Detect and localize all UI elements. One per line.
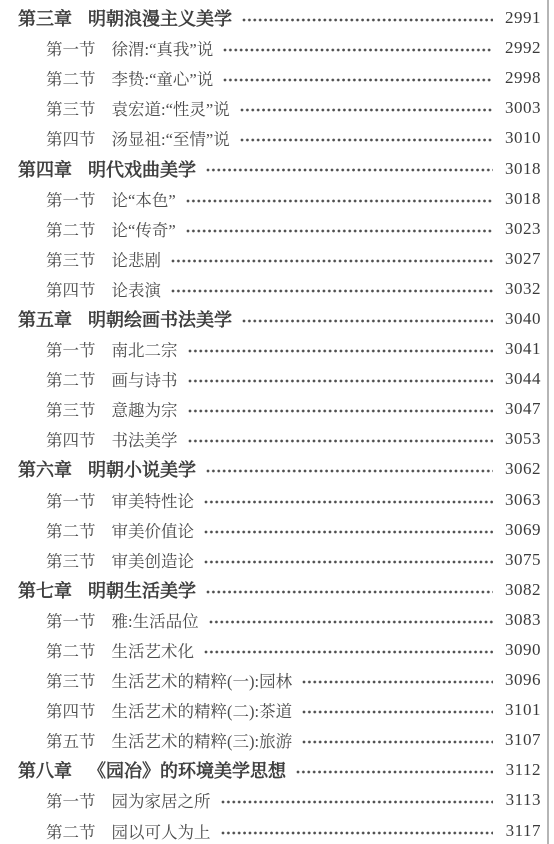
toc-entry-title: 明朝浪漫主义美学	[88, 5, 232, 31]
toc-entry-page: 3027	[501, 249, 541, 269]
toc-entry: 第三节 生活艺术的精粹(一):园林 3096	[18, 665, 541, 695]
toc-entry-label: 第二节	[46, 367, 96, 391]
toc-entry-title: 论表演	[112, 277, 162, 301]
toc-entry-page: 3047	[501, 399, 541, 419]
toc-entry: 第三节 意趣为宗 3047	[18, 394, 541, 424]
toc-entry: 第一节 雅:生活品位 3083	[18, 605, 541, 635]
dot-leader	[188, 334, 494, 364]
dot-leader	[302, 665, 493, 695]
toc-entry-page: 3075	[501, 550, 541, 570]
toc-entry-label: 第二节	[46, 66, 96, 90]
toc-entry: 第二节 园以可人为上 3117	[18, 816, 541, 844]
toc-entry-page: 3090	[501, 640, 541, 660]
toc-entry-page: 3063	[501, 490, 541, 510]
toc-entry-title: 李贽:“童心”说	[112, 66, 214, 90]
toc-entry-label: 第二节	[46, 217, 96, 241]
toc-entry: 第五节 生活艺术的精粹(三):旅游 3107	[18, 725, 541, 755]
toc-entry-label: 第三节	[46, 96, 96, 120]
toc-entry: 第八章 《园冶》的环境美学思想 3112	[18, 755, 541, 785]
toc-entry-label: 第三节	[46, 548, 96, 572]
book-toc-page: 第三章 明朝浪漫主义美学 2991 第一节 徐渭:“真我”说 2992 第二节 …	[0, 0, 554, 844]
dot-leader	[188, 394, 494, 424]
dot-leader	[204, 485, 493, 515]
toc-entry: 第一节 审美特性论 3063	[18, 485, 541, 515]
toc-entry-page: 3101	[501, 700, 541, 720]
toc-entry-label: 第二节	[46, 819, 96, 843]
dot-leader	[204, 635, 493, 665]
toc-entry-title: 审美特性论	[112, 488, 195, 512]
toc-entry-title: 明朝生活美学	[88, 577, 196, 603]
toc-entry-title: 生活艺术化	[112, 638, 195, 662]
toc-entry-title: 论“本色”	[112, 187, 176, 211]
toc-entry-title: 园为家居之所	[112, 788, 211, 812]
toc-entry-title: 明朝小说美学	[88, 456, 196, 482]
toc-entry-title: 明朝绘画书法美学	[88, 306, 232, 332]
toc-entry-title: 意趣为宗	[112, 397, 178, 421]
toc-entry-label: 第五节	[46, 728, 96, 752]
toc-entry: 第一节 徐渭:“真我”说 2992	[18, 33, 541, 63]
toc-entry: 第六章 明朝小说美学 3062	[18, 454, 541, 484]
toc-entry: 第二节 论“传奇” 3023	[18, 214, 541, 244]
dot-leader	[223, 33, 493, 63]
toc-entry-title: 画与诗书	[112, 367, 178, 391]
toc-entry-title: 论“传奇”	[112, 217, 176, 241]
toc-entry-label: 第四节	[46, 277, 96, 301]
toc-entry-page: 3069	[501, 520, 541, 540]
toc-list: 第三章 明朝浪漫主义美学 2991 第一节 徐渭:“真我”说 2992 第二节 …	[18, 3, 541, 840]
toc-entry-page: 3062	[501, 459, 541, 479]
toc-entry-page: 3018	[501, 189, 541, 209]
toc-entry: 第一节 南北二宗 3041	[18, 334, 541, 364]
toc-entry-page: 3041	[501, 339, 541, 359]
dot-leader	[240, 123, 493, 153]
toc-entry-title: 南北二宗	[112, 337, 178, 361]
toc-entry-label: 第六章	[18, 456, 72, 482]
toc-entry-title: 审美价值论	[112, 518, 195, 542]
toc-entry: 第三节 论悲剧 3027	[18, 244, 541, 274]
toc-entry-label: 第四章	[18, 156, 72, 182]
toc-entry-title: 雅:生活品位	[112, 608, 199, 632]
dot-leader	[209, 605, 493, 635]
toc-entry: 第一节 论“本色” 3018	[18, 184, 541, 214]
toc-entry: 第五章 明朝绘画书法美学 3040	[18, 304, 541, 334]
toc-entry-title: 审美创造论	[112, 548, 195, 572]
toc-entry-page: 3082	[501, 580, 541, 600]
toc-entry-page: 2998	[501, 68, 541, 88]
toc-entry-page: 2992	[501, 38, 541, 58]
toc-entry: 第二节 李贽:“童心”说 2998	[18, 63, 541, 93]
toc-entry: 第七章 明朝生活美学 3082	[18, 575, 541, 605]
page-scan-edge	[547, 0, 549, 844]
toc-entry-page: 3096	[501, 670, 541, 690]
dot-leader	[206, 153, 493, 183]
dot-leader	[302, 695, 493, 725]
toc-entry: 第四章 明代戏曲美学 3018	[18, 153, 541, 183]
toc-entry-title: 徐渭:“真我”说	[112, 36, 214, 60]
dot-leader	[206, 575, 493, 605]
dot-leader	[188, 364, 494, 394]
toc-entry-page: 3107	[501, 730, 541, 750]
toc-entry-label: 第八章	[18, 757, 72, 783]
toc-entry: 第四节 生活艺术的精粹(二):茶道 3101	[18, 695, 541, 725]
dot-leader	[223, 63, 493, 93]
toc-entry-page: 3018	[501, 159, 541, 179]
toc-entry: 第二节 审美价值论 3069	[18, 515, 541, 545]
dot-leader	[302, 725, 493, 755]
toc-entry-label: 第三节	[46, 668, 96, 692]
toc-entry-title: 生活艺术的精粹(一):园林	[112, 668, 293, 692]
toc-entry: 第二节 画与诗书 3044	[18, 364, 541, 394]
toc-entry-title: 汤显祖:“至情”说	[112, 126, 230, 150]
toc-entry-label: 第一节	[46, 488, 96, 512]
toc-entry-title: 园以可人为上	[112, 819, 211, 843]
dot-leader	[240, 93, 493, 123]
toc-entry-label: 第二节	[46, 638, 96, 662]
toc-entry-label: 第四节	[46, 698, 96, 722]
dot-leader	[242, 304, 493, 334]
toc-entry-label: 第七章	[18, 577, 72, 603]
toc-entry-page: 3044	[501, 369, 541, 389]
toc-entry: 第二节 生活艺术化 3090	[18, 635, 541, 665]
toc-entry-page: 3112	[501, 760, 541, 780]
toc-entry-page: 3117	[501, 821, 541, 841]
toc-entry-page: 3010	[501, 128, 541, 148]
toc-entry-page: 3053	[501, 429, 541, 449]
dot-leader	[242, 3, 493, 33]
dot-leader	[171, 244, 493, 274]
toc-entry-page: 3113	[501, 790, 541, 810]
toc-entry-label: 第三节	[46, 397, 96, 421]
toc-entry: 第三节 审美创造论 3075	[18, 545, 541, 575]
toc-entry-label: 第一节	[46, 788, 96, 812]
dot-leader	[221, 816, 494, 844]
toc-entry-page: 3040	[501, 309, 541, 329]
dot-leader	[221, 785, 494, 815]
toc-entry-label: 第四节	[46, 427, 96, 451]
toc-entry: 第一节 园为家居之所 3113	[18, 785, 541, 815]
toc-entry: 第四节 书法美学 3053	[18, 424, 541, 454]
toc-entry-label: 第一节	[46, 608, 96, 632]
dot-leader	[171, 274, 493, 304]
toc-entry-label: 第三节	[46, 247, 96, 271]
toc-entry-page: 3023	[501, 219, 541, 239]
toc-entry-label: 第五章	[18, 306, 72, 332]
toc-entry-label: 第四节	[46, 126, 96, 150]
toc-entry: 第三章 明朝浪漫主义美学 2991	[18, 3, 541, 33]
toc-entry-page: 3032	[501, 279, 541, 299]
toc-entry: 第四节 论表演 3032	[18, 274, 541, 304]
toc-entry-page: 2991	[501, 8, 541, 28]
toc-entry: 第四节 汤显祖:“至情”说 3010	[18, 123, 541, 153]
toc-entry-label: 第三章	[18, 5, 72, 31]
toc-entry-label: 第一节	[46, 187, 96, 211]
toc-entry-title: 论悲剧	[112, 247, 162, 271]
dot-leader	[296, 755, 493, 785]
toc-entry-title: 书法美学	[112, 427, 178, 451]
toc-entry-label: 第一节	[46, 337, 96, 361]
dot-leader	[206, 454, 493, 484]
toc-entry-title: 生活艺术的精粹(三):旅游	[112, 728, 293, 752]
dot-leader	[186, 214, 493, 244]
toc-entry: 第三节 袁宏道:“性灵”说 3003	[18, 93, 541, 123]
toc-entry-title: 袁宏道:“性灵”说	[112, 96, 230, 120]
dot-leader	[186, 184, 493, 214]
dot-leader	[188, 424, 494, 454]
toc-entry-label: 第二节	[46, 518, 96, 542]
dot-leader	[204, 545, 493, 575]
toc-entry-title: 明代戏曲美学	[88, 156, 196, 182]
toc-entry-label: 第一节	[46, 36, 96, 60]
dot-leader	[204, 515, 493, 545]
toc-entry-page: 3083	[501, 610, 541, 630]
toc-entry-title: 生活艺术的精粹(二):茶道	[112, 698, 293, 722]
toc-entry-page: 3003	[501, 98, 541, 118]
toc-entry-title: 《园冶》的环境美学思想	[88, 757, 286, 783]
